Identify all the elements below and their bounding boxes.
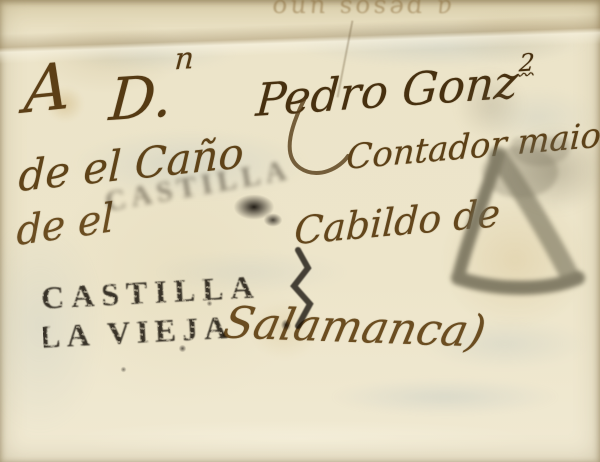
letter-cover-photo: a pesos uno A D.n Pedro Gonz2 de el Caño…: [0, 0, 600, 462]
ink-speck: [120, 366, 127, 373]
ink-blot: [262, 212, 284, 228]
honorific-text: D.: [107, 61, 175, 134]
addressee-name-superscript: 2: [518, 48, 535, 77]
ink-blot: [284, 246, 324, 334]
charcoal-smudge: [455, 70, 525, 140]
honorific: D.n: [107, 41, 195, 134]
postmark-castilla-la-vieja: CASTILLA LA VIEJA: [40, 268, 263, 355]
address-prefix: A: [23, 49, 72, 129]
charcoal-smudge: [505, 128, 600, 212]
ink-speck: [178, 344, 187, 353]
ink-speck: [206, 300, 213, 307]
honorific-superscript: n: [173, 41, 195, 78]
show-through-writing: a pesos uno: [110, 0, 453, 23]
paper-stain: [330, 378, 560, 416]
